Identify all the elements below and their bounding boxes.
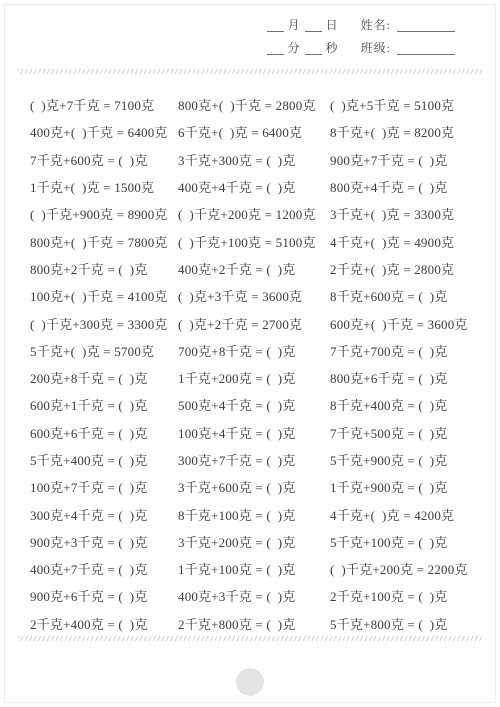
class-label: 班级: xyxy=(361,41,391,55)
day-label: 日 xyxy=(326,18,339,32)
problem-cell: 7千克+700克 = ( )克 xyxy=(330,345,482,358)
problem-cell: 8千克+600克 = ( )克 xyxy=(330,290,482,303)
problem-cell: 2千克+400克 = ( )克 xyxy=(30,618,178,631)
problem-cell: 2千克+( )克 = 2800克 xyxy=(330,263,482,276)
problem-cell: 2千克+800克 = ( )克 xyxy=(178,618,330,631)
problem-cell: 200克+8千克 = ( )克 xyxy=(30,372,178,385)
problem-cell: 600克+6千克 = ( )克 xyxy=(30,427,178,440)
name-blank xyxy=(397,20,455,32)
problem-cell: ( )千克+300克 = 3300克 xyxy=(30,318,178,331)
problem-cell: 900克+3千克 = ( )克 xyxy=(30,536,178,549)
problem-cell: ( )千克+200克 = 2200克 xyxy=(330,563,482,576)
problem-cell: 600克+1千克 = ( )克 xyxy=(30,399,178,412)
problem-cell: 3千克+300克 = ( )克 xyxy=(178,154,330,167)
problem-cell: 300克+7千克 = ( )克 xyxy=(178,454,330,467)
problem-cell: 800克+( )千克 = 2800克 xyxy=(178,99,330,112)
worksheet-header: 月 日 姓名: 分 秒 班级: xyxy=(263,18,455,55)
time-line: 分 秒 班级: xyxy=(263,41,455,55)
problem-cell: 8千克+( )克 = 8200克 xyxy=(330,126,482,139)
problem-cell: 400克+7千克 = ( )克 xyxy=(30,563,178,576)
problem-cell: 800克+( )千克 = 7800克 xyxy=(30,236,178,249)
problem-cell: 7千克+500克 = ( )克 xyxy=(330,427,482,440)
class-blank xyxy=(397,43,455,55)
second-label: 秒 xyxy=(326,41,339,55)
problem-cell: 400克+3千克 = ( )克 xyxy=(178,590,330,603)
problem-cell: 300克+4千克 = ( )克 xyxy=(30,509,178,522)
problem-cell: ( )千克+900克 = 8900克 xyxy=(30,208,178,221)
page-indicator-dot xyxy=(236,668,264,696)
problem-cell: 2千克+100克 = ( )克 xyxy=(330,590,482,603)
problem-cell: 3千克+200克 = ( )克 xyxy=(178,536,330,549)
problem-cell: 5千克+800克 = ( )克 xyxy=(330,618,482,631)
problems-grid: ( )克+7千克 = 7100克800克+( )千克 = 2800克( )克+5… xyxy=(30,92,482,638)
minute-label: 分 xyxy=(288,41,301,55)
date-line: 月 日 姓名: xyxy=(263,18,455,32)
name-label: 姓名: xyxy=(361,18,391,32)
problem-cell: 4千克+( )克 = 4200克 xyxy=(330,509,482,522)
problem-cell: 3千克+( )克 = 3300克 xyxy=(330,208,482,221)
problem-cell: 400克+2千克 = ( )克 xyxy=(178,263,330,276)
day-blank xyxy=(305,20,322,32)
problem-cell: 8千克+400克 = ( )克 xyxy=(330,399,482,412)
problem-cell: ( )克+5千克 = 5100克 xyxy=(330,99,482,112)
problem-cell: 100克+7千克 = ( )克 xyxy=(30,481,178,494)
problem-cell: 5千克+400克 = ( )克 xyxy=(30,454,178,467)
problem-cell: 6千克+( )克 = 6400克 xyxy=(178,126,330,139)
hatch-divider-top xyxy=(18,69,482,74)
problem-cell: 700克+8千克 = ( )克 xyxy=(178,345,330,358)
problem-cell: 100克+4千克 = ( )克 xyxy=(178,427,330,440)
problem-cell: ( )千克+100克 = 5100克 xyxy=(178,236,330,249)
problem-cell: 5千克+900克 = ( )克 xyxy=(330,454,482,467)
problem-cell: 800克+6千克 = ( )克 xyxy=(330,372,482,385)
month-blank xyxy=(267,20,284,32)
problem-cell: 900克+7千克 = ( )克 xyxy=(330,154,482,167)
problem-cell: 600克+( )千克 = 3600克 xyxy=(330,318,482,331)
problem-cell: 1千克+( )克 = 1500克 xyxy=(30,181,178,194)
problem-cell: 5千克+( )克 = 5700克 xyxy=(30,345,178,358)
problem-cell: ( )克+7千克 = 7100克 xyxy=(30,99,178,112)
problem-cell: 100克+( )千克 = 4100克 xyxy=(30,290,178,303)
problem-cell: 400克+( )千克 = 6400克 xyxy=(30,126,178,139)
problem-cell: 900克+6千克 = ( )克 xyxy=(30,590,178,603)
problem-cell: 800克+4千克 = ( )克 xyxy=(330,181,482,194)
problem-cell: 3千克+600克 = ( )克 xyxy=(178,481,330,494)
problem-cell: 4千克+( )克 = 4900克 xyxy=(330,236,482,249)
problem-cell: 800克+2千克 = ( )克 xyxy=(30,263,178,276)
problem-cell: 400克+4千克 = ( )克 xyxy=(178,181,330,194)
problem-cell: ( )克+2千克 = 2700克 xyxy=(178,318,330,331)
problem-cell: 8千克+100克 = ( )克 xyxy=(178,509,330,522)
problem-cell: 500克+4千克 = ( )克 xyxy=(178,399,330,412)
problem-cell: 1千克+100克 = ( )克 xyxy=(178,563,330,576)
problem-cell: 5千克+100克 = ( )克 xyxy=(330,536,482,549)
problem-cell: ( )千克+200克 = 1200克 xyxy=(178,208,330,221)
problem-cell: ( )克+3千克 = 3600克 xyxy=(178,290,330,303)
month-label: 月 xyxy=(288,18,301,32)
problem-cell: 7千克+600克 = ( )克 xyxy=(30,154,178,167)
hatch-divider-bottom xyxy=(18,636,482,641)
problem-cell: 1千克+200克 = ( )克 xyxy=(178,372,330,385)
minute-blank xyxy=(267,43,284,55)
second-blank xyxy=(305,43,322,55)
problem-cell: 1千克+900克 = ( )克 xyxy=(330,481,482,494)
